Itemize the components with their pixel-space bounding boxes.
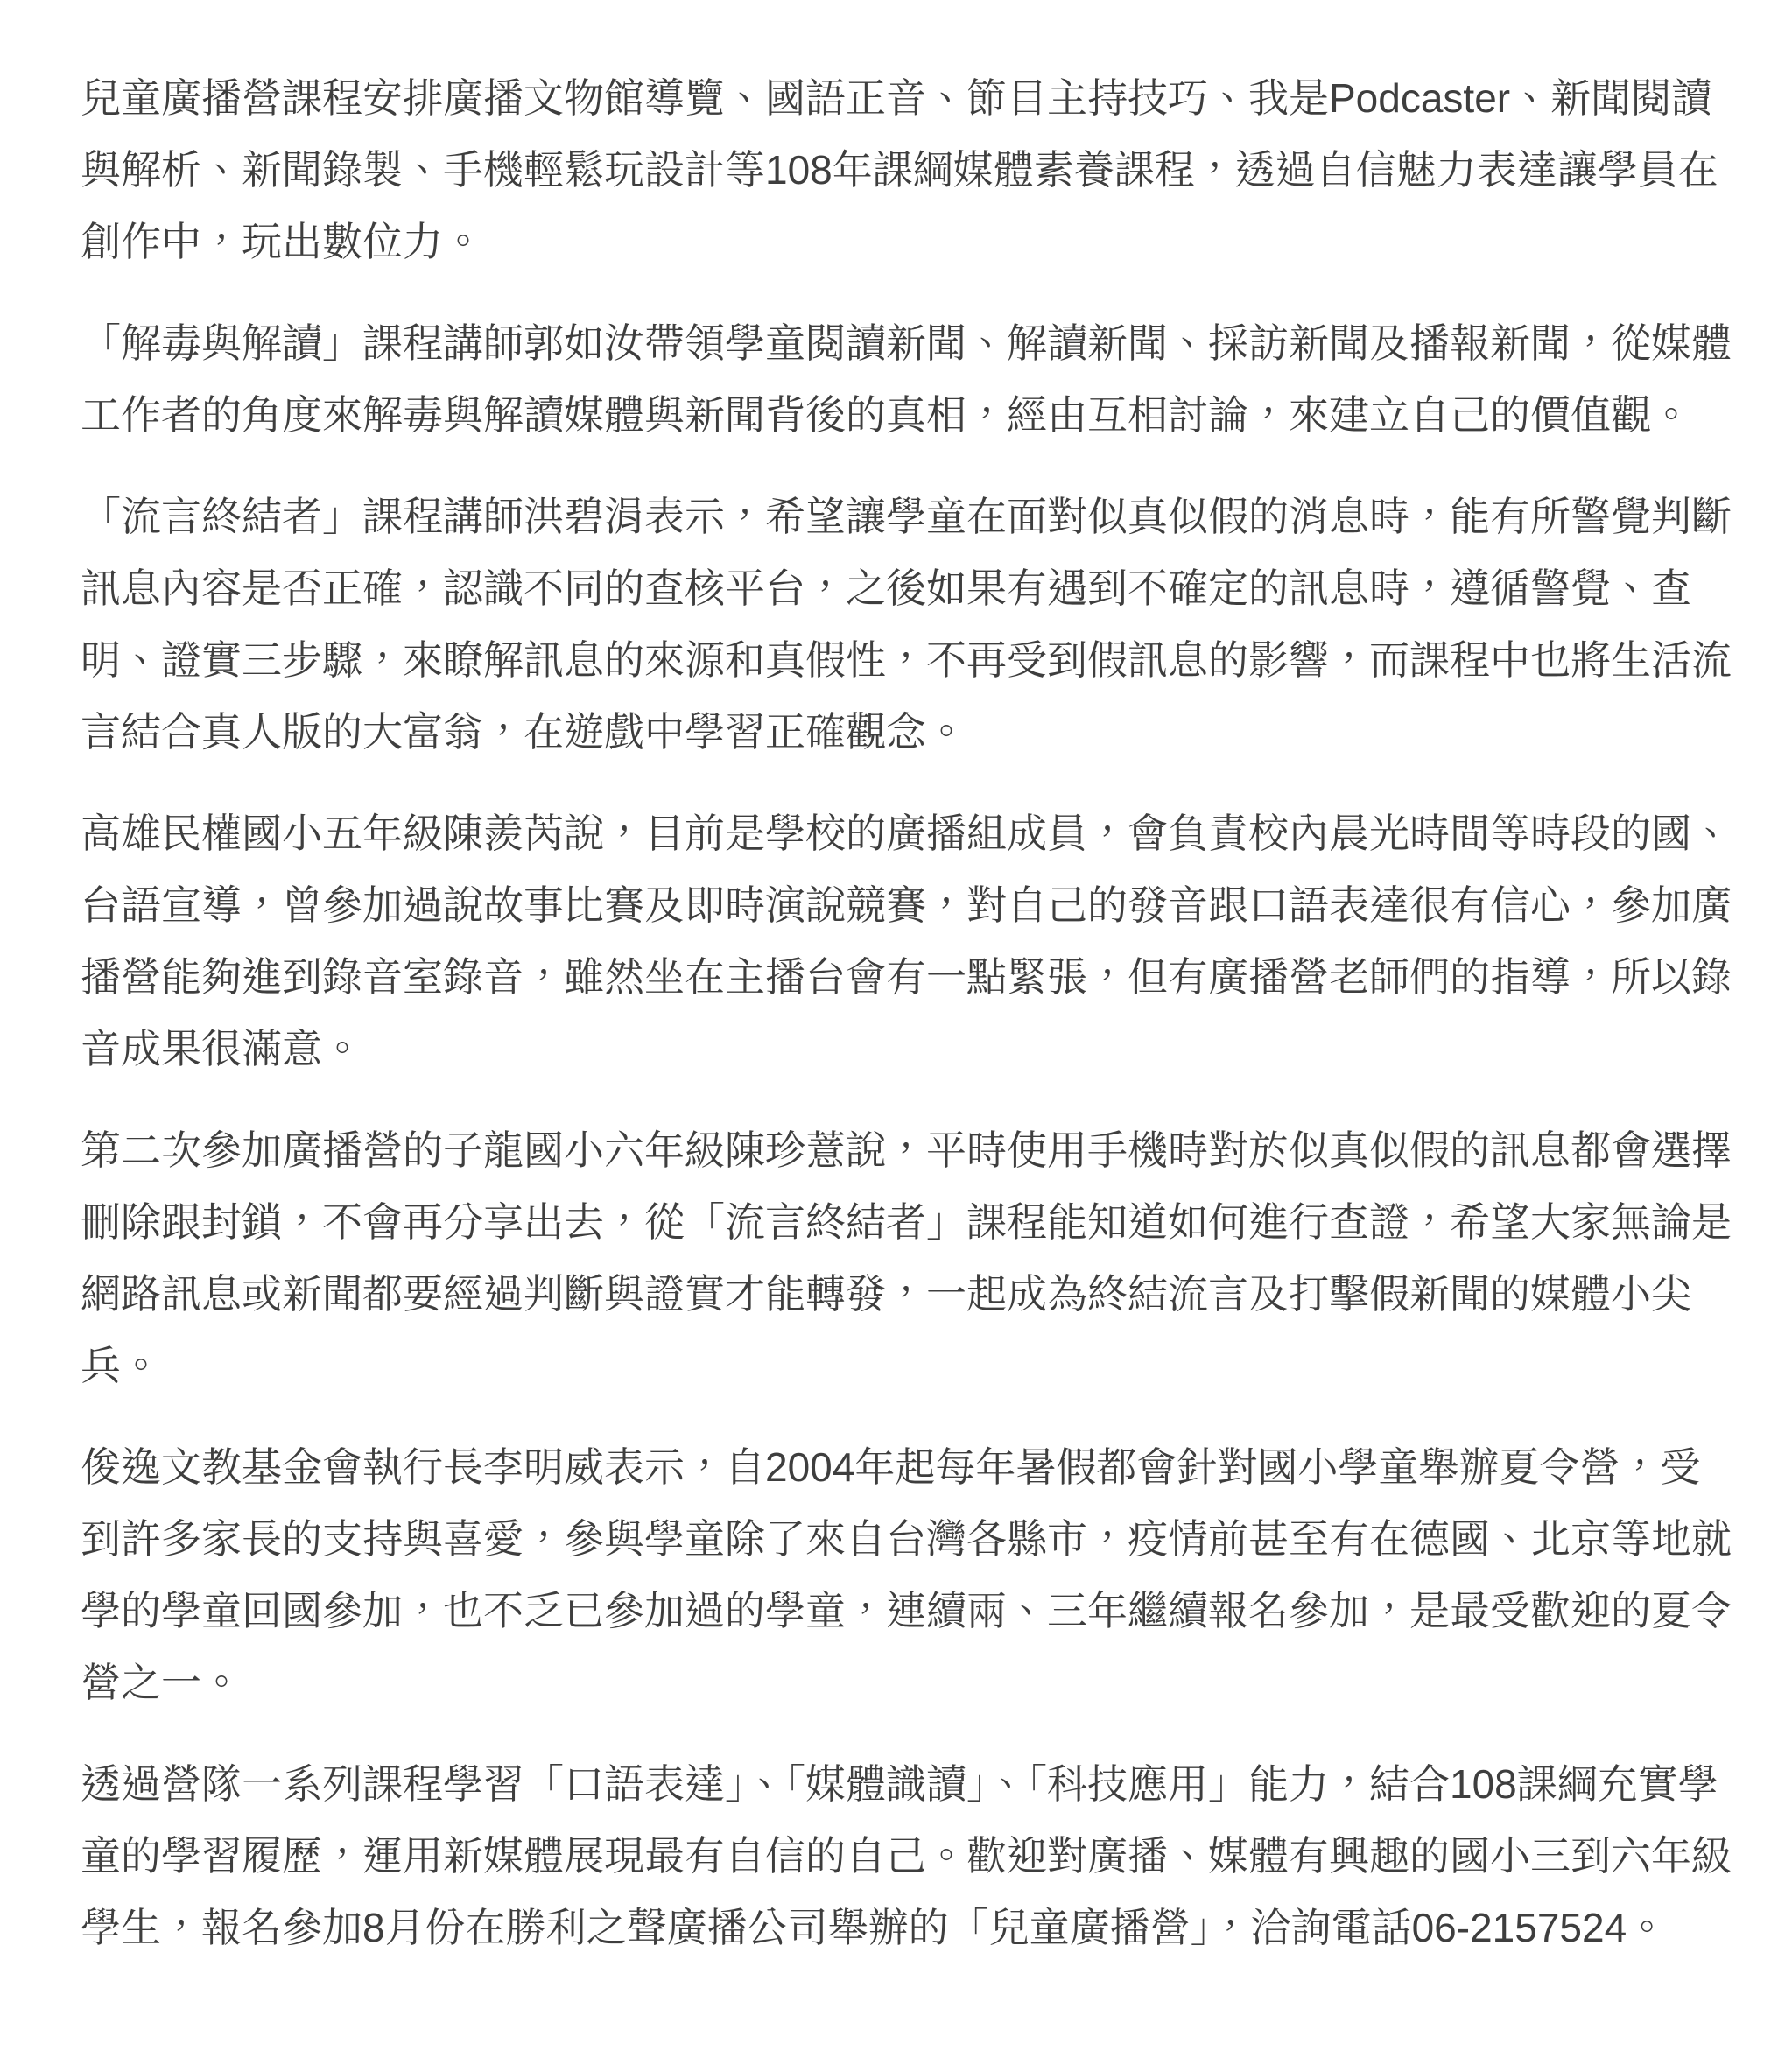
article-paragraph: 俊逸文教基金會執行長李明威表示，自2004年起每年暑假都會針對國小學童舉辦夏令營… <box>81 1431 1737 1718</box>
article-paragraph: 「解毒與解讀」課程講師郭如汝帶領學童閱讀新聞、解讀新聞、採訪新聞及播報新聞，從媒… <box>81 307 1737 451</box>
article-paragraph: 透過營隊一系列課程學習「口語表達」、「媒體識讀」、「科技應用」能力，結合108課… <box>81 1748 1737 1963</box>
article-body: 兒童廣播營課程安排廣播文物館導覽、國語正音、節目主持技巧、我是Podcaster… <box>81 62 1737 1963</box>
article-paragraph: 高雄民權國小五年級陳羨芮說，目前是學校的廣播組成員，會負責校內晨光時間等時段的國… <box>81 797 1737 1085</box>
article-paragraph: 「流言終結者」課程講師洪碧涓表示，希望讓學童在面對似真似假的消息時，能有所警覺判… <box>81 481 1737 768</box>
article-paragraph: 兒童廣播營課程安排廣播文物館導覽、國語正音、節目主持技巧、我是Podcaster… <box>81 62 1737 277</box>
article-paragraph: 第二次參加廣播營的子龍國小六年級陳珍薏說，平時使用手機時對於似真似假的訊息都會選… <box>81 1114 1737 1401</box>
